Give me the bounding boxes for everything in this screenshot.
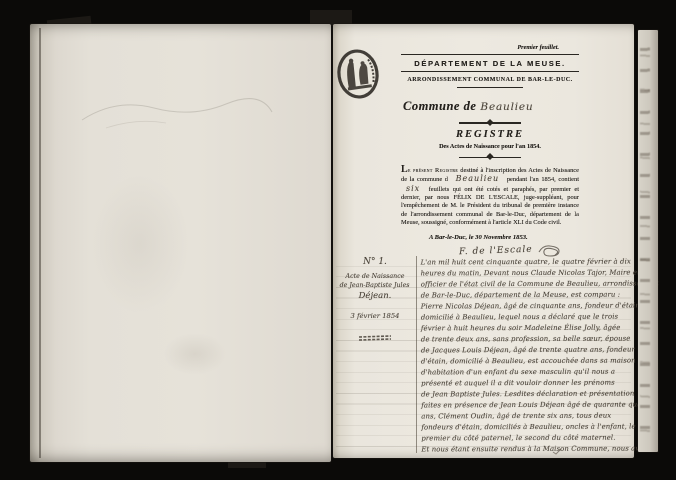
act-number: N° 1.	[336, 257, 414, 267]
header-rule	[401, 54, 579, 55]
act-line: premier du côté paternel, le second du c…	[421, 433, 629, 445]
register-title: REGISTRE	[401, 129, 579, 140]
commune-name-handwritten: Beaulieu	[480, 101, 533, 113]
right-page: Premier feuillet. DÉPARTEMENT DE LA MEUS…	[333, 24, 634, 458]
act-line: d'habitation d'un enfant du sexe masculi…	[421, 367, 629, 379]
preamble-paragraph: Le présent Registre destiné à l'inscript…	[401, 166, 579, 228]
act-line: de Jacques Louis Déjean, âgé de trente q…	[421, 345, 629, 357]
foot-check-mark-icon	[552, 448, 562, 455]
act-title-line3: Déjean.	[336, 291, 414, 301]
feuillets-fill-handwritten: six	[401, 184, 425, 193]
ornament-divider	[459, 122, 521, 123]
act-line: heures du matin, Devant nous Claude Nico…	[421, 268, 629, 280]
commune-script-label: Commune de	[403, 99, 476, 113]
paper-stain	[70, 144, 210, 344]
next-page-sliver	[638, 30, 658, 452]
act-line: officier de l'état civil de la Commune d…	[421, 279, 629, 291]
judge-signature: F. de l'Escale	[459, 244, 533, 257]
act-line: de Bar-le-Duc, département de la Meuse, …	[421, 290, 629, 302]
act-body: L'an mil huit cent cinquante quatre, le …	[421, 257, 630, 456]
dateline: A Bar-le-Duc, le 30 Novembre 1853.	[401, 234, 579, 241]
act-line: Pierre Nicolas Déjean, âgé de cinquante …	[421, 301, 629, 313]
department-title: DÉPARTEMENT DE LA MEUSE.	[401, 59, 579, 68]
header-short-rule	[457, 87, 523, 88]
act-line: faites en présence de Jean Louis Déjean …	[421, 400, 629, 412]
arrondissement-title: ARRONDISSEMENT COMMUNAL DE BAR-LE-DUC.	[401, 77, 579, 83]
act-title-line2: de Jean-Baptiste Jules	[334, 282, 415, 289]
foliation-note: Premier feuillet.	[401, 44, 579, 51]
act-line: Et nous étant ensuite rendus à la Maison…	[421, 444, 629, 456]
commune-fill-handwritten: Beaulieu	[451, 174, 505, 183]
act-area: N° 1. Acte de Naissance de Jean-Baptiste…	[336, 256, 631, 455]
preamble-text: feuillets qui ont été cotés et paraphés,…	[401, 186, 579, 227]
preamble-opening: Le présent Registre	[401, 167, 458, 174]
act-line: domicilié à Beaulieu, lequel nous a décl…	[421, 312, 629, 324]
commune-line: Commune de Beaulieu	[401, 97, 579, 115]
ornament-divider	[459, 157, 521, 158]
act-margin-rule	[416, 256, 417, 453]
register-subtitle: Des Actes de Naissance pour l'an 1854.	[401, 143, 579, 150]
act-line: L'an mil huit cent cinquante quatre, le …	[421, 257, 629, 269]
act-title-line1: Acte de Naissance	[336, 273, 414, 280]
act-line: ans, Clément Oudin, âgé de trente six an…	[421, 411, 629, 423]
act-line: de Jean Baptiste Jules. Lesdites déclara…	[421, 389, 629, 401]
next-page-writing-fragments	[640, 40, 650, 440]
act-line: fondeurs d'étain, domiciliés à Beaulieu,…	[421, 422, 629, 434]
act-line: de trente deux ans, sans profession, sa …	[421, 334, 629, 346]
preamble-text: pendant l'an 1854, contient	[507, 176, 579, 183]
official-stamp-icon	[334, 46, 383, 101]
left-page-edge-line	[39, 28, 41, 458]
header-rule	[401, 71, 579, 72]
registry-scan: Premier feuillet. DÉPARTEMENT DE LA MEUS…	[0, 0, 676, 480]
act-line: présenté et auquel il a dit vouloir donn…	[421, 378, 629, 390]
act-line: d'étain, domicilié à Beaulieu, est accou…	[421, 356, 629, 368]
act-line: février à huit heures du soir Madeleine …	[421, 323, 629, 335]
pencil-scribble	[76, 90, 276, 140]
margin-flourish-icon	[358, 334, 392, 342]
left-page	[30, 24, 331, 462]
act-margin-date: 3 février 1854	[336, 312, 414, 320]
